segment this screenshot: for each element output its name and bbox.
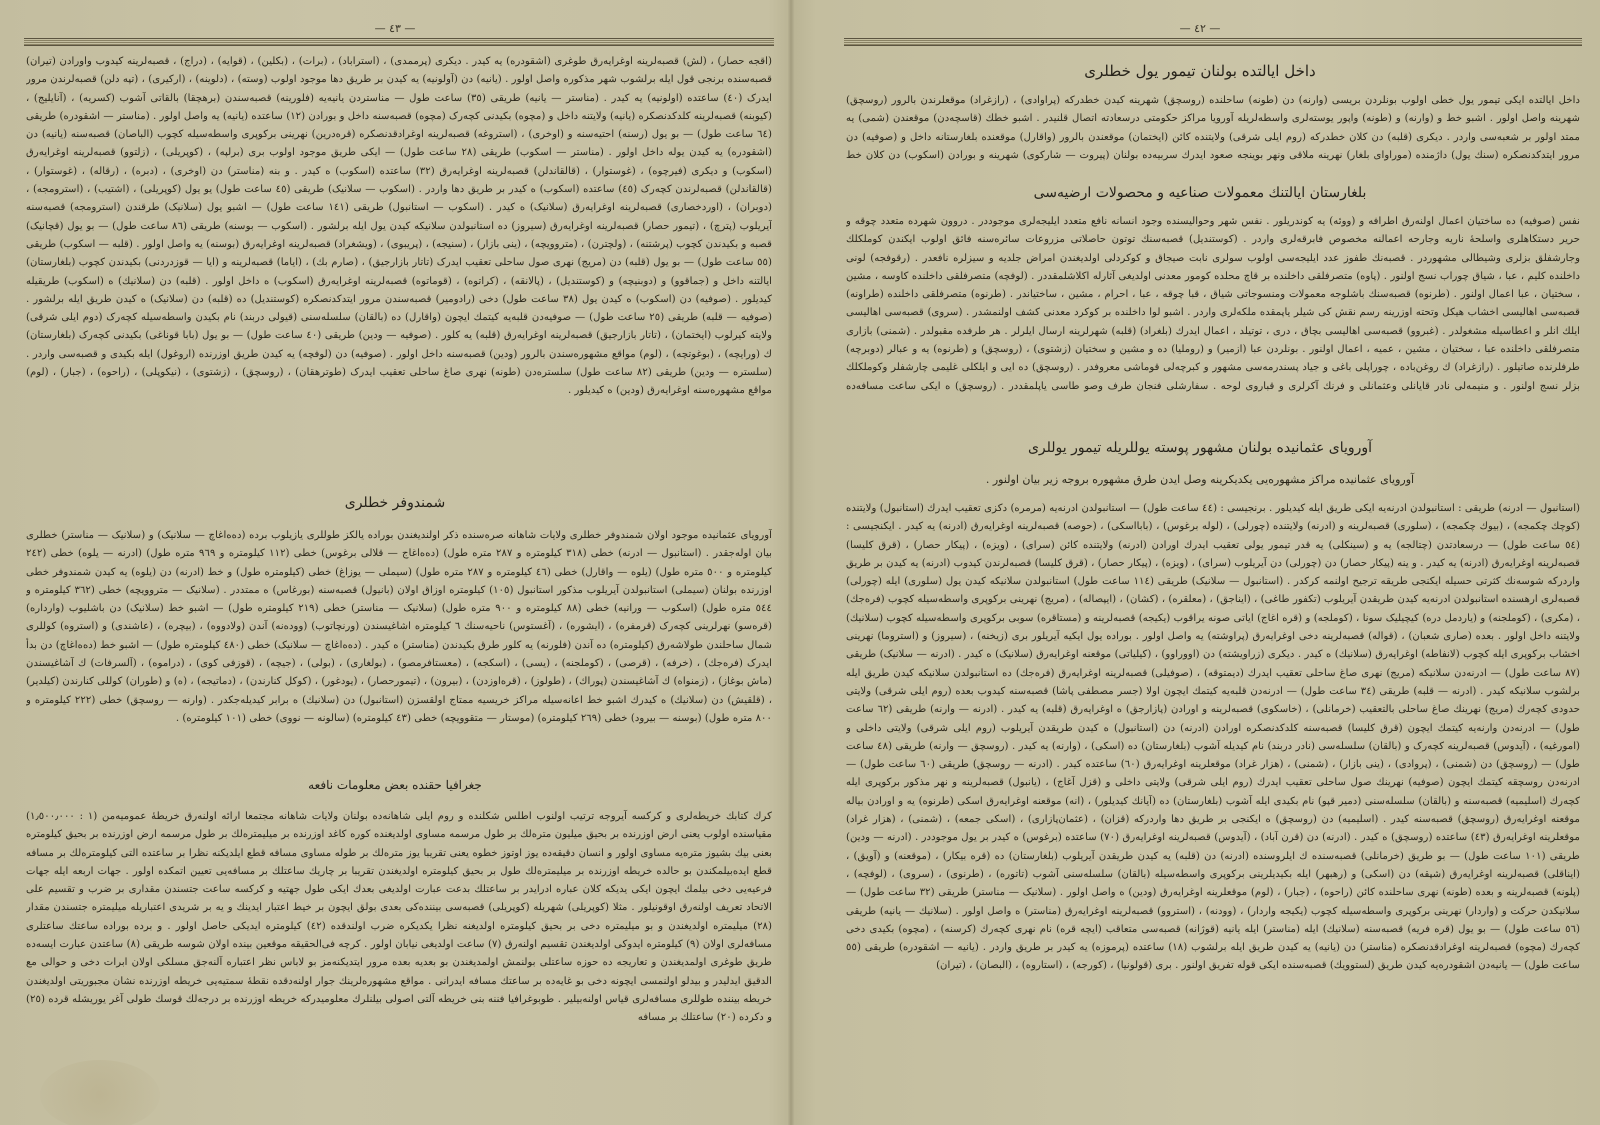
- paragraph: آورویای عثمانیده موجود اولان شمندوفر خطل…: [26, 527, 772, 728]
- section-heading-post-roads: آورویای عثمانیده بولنان مشهور پوسته یولل…: [800, 440, 1600, 456]
- page-number: — ٤٢ —: [800, 22, 1600, 35]
- section-heading-geography: جغرافیا حقنده بعض معلومات نافعه: [0, 778, 790, 792]
- body-text-block: داخل ایالتده ایکی تیمور یول خطی اولوب بو…: [846, 92, 1580, 166]
- header-rule: [24, 38, 774, 46]
- body-text-block: کرك کتابك خریطه‌لری و کرکسه آیروجه ترتیب…: [26, 808, 772, 1066]
- body-text-block: آورویای عثمانیده موجود اولان شمندوفر خطل…: [26, 527, 772, 749]
- section-heading-railways: شمندوفر خطلری: [0, 495, 790, 511]
- paragraph: نفس (صوفیه) ده ساختیان اعمال اولنه‌رق اط…: [846, 213, 1580, 398]
- section-heading-rail-routes: داخل ایالتده بولنان تیمور یول خطلری: [800, 62, 1600, 80]
- paragraph: داخل ایالتده ایکی تیمور یول خطی اولوب بو…: [846, 92, 1580, 166]
- body-text-block: (اقجه حصار) ، (لش) قصبه‌لرینه اوغرایه‌رق…: [26, 53, 772, 473]
- right-page: — ٤٢ — داخل ایالتده بولنان تیمور یول خطل…: [800, 0, 1600, 1125]
- paragraph: (اقجه حصار) ، (لش) قصبه‌لرینه اوغرایه‌رق…: [26, 53, 772, 401]
- section-heading-products: بلغارستان ایالتنك معمولات صناعیه و محصول…: [800, 185, 1600, 201]
- left-page: — ٤٣ — (اقجه حصار) ، (لش) قصبه‌لرینه اوغ…: [0, 0, 790, 1125]
- section-subheading: آورویای عثمانیده مراکز مشهوره‌یی یکدیکری…: [800, 473, 1600, 486]
- body-text-block: نفس (صوفیه) ده ساختیان اعمال اولنه‌رق اط…: [846, 213, 1580, 398]
- book-spread: — ٤٣ — (اقجه حصار) ، (لش) قصبه‌لرینه اوغ…: [0, 0, 1600, 1125]
- paragraph: (استانبول — ادرنه) طریقی : استانبولدن اد…: [846, 500, 1580, 976]
- body-text-block: (استانبول — ادرنه) طریقی : استانبولدن اد…: [846, 500, 1580, 1070]
- paragraph: کرك کتابك خریطه‌لری و کرکسه آیروجه ترتیب…: [26, 808, 772, 1028]
- header-rule: [844, 38, 1582, 46]
- page-number: — ٤٣ —: [0, 22, 790, 35]
